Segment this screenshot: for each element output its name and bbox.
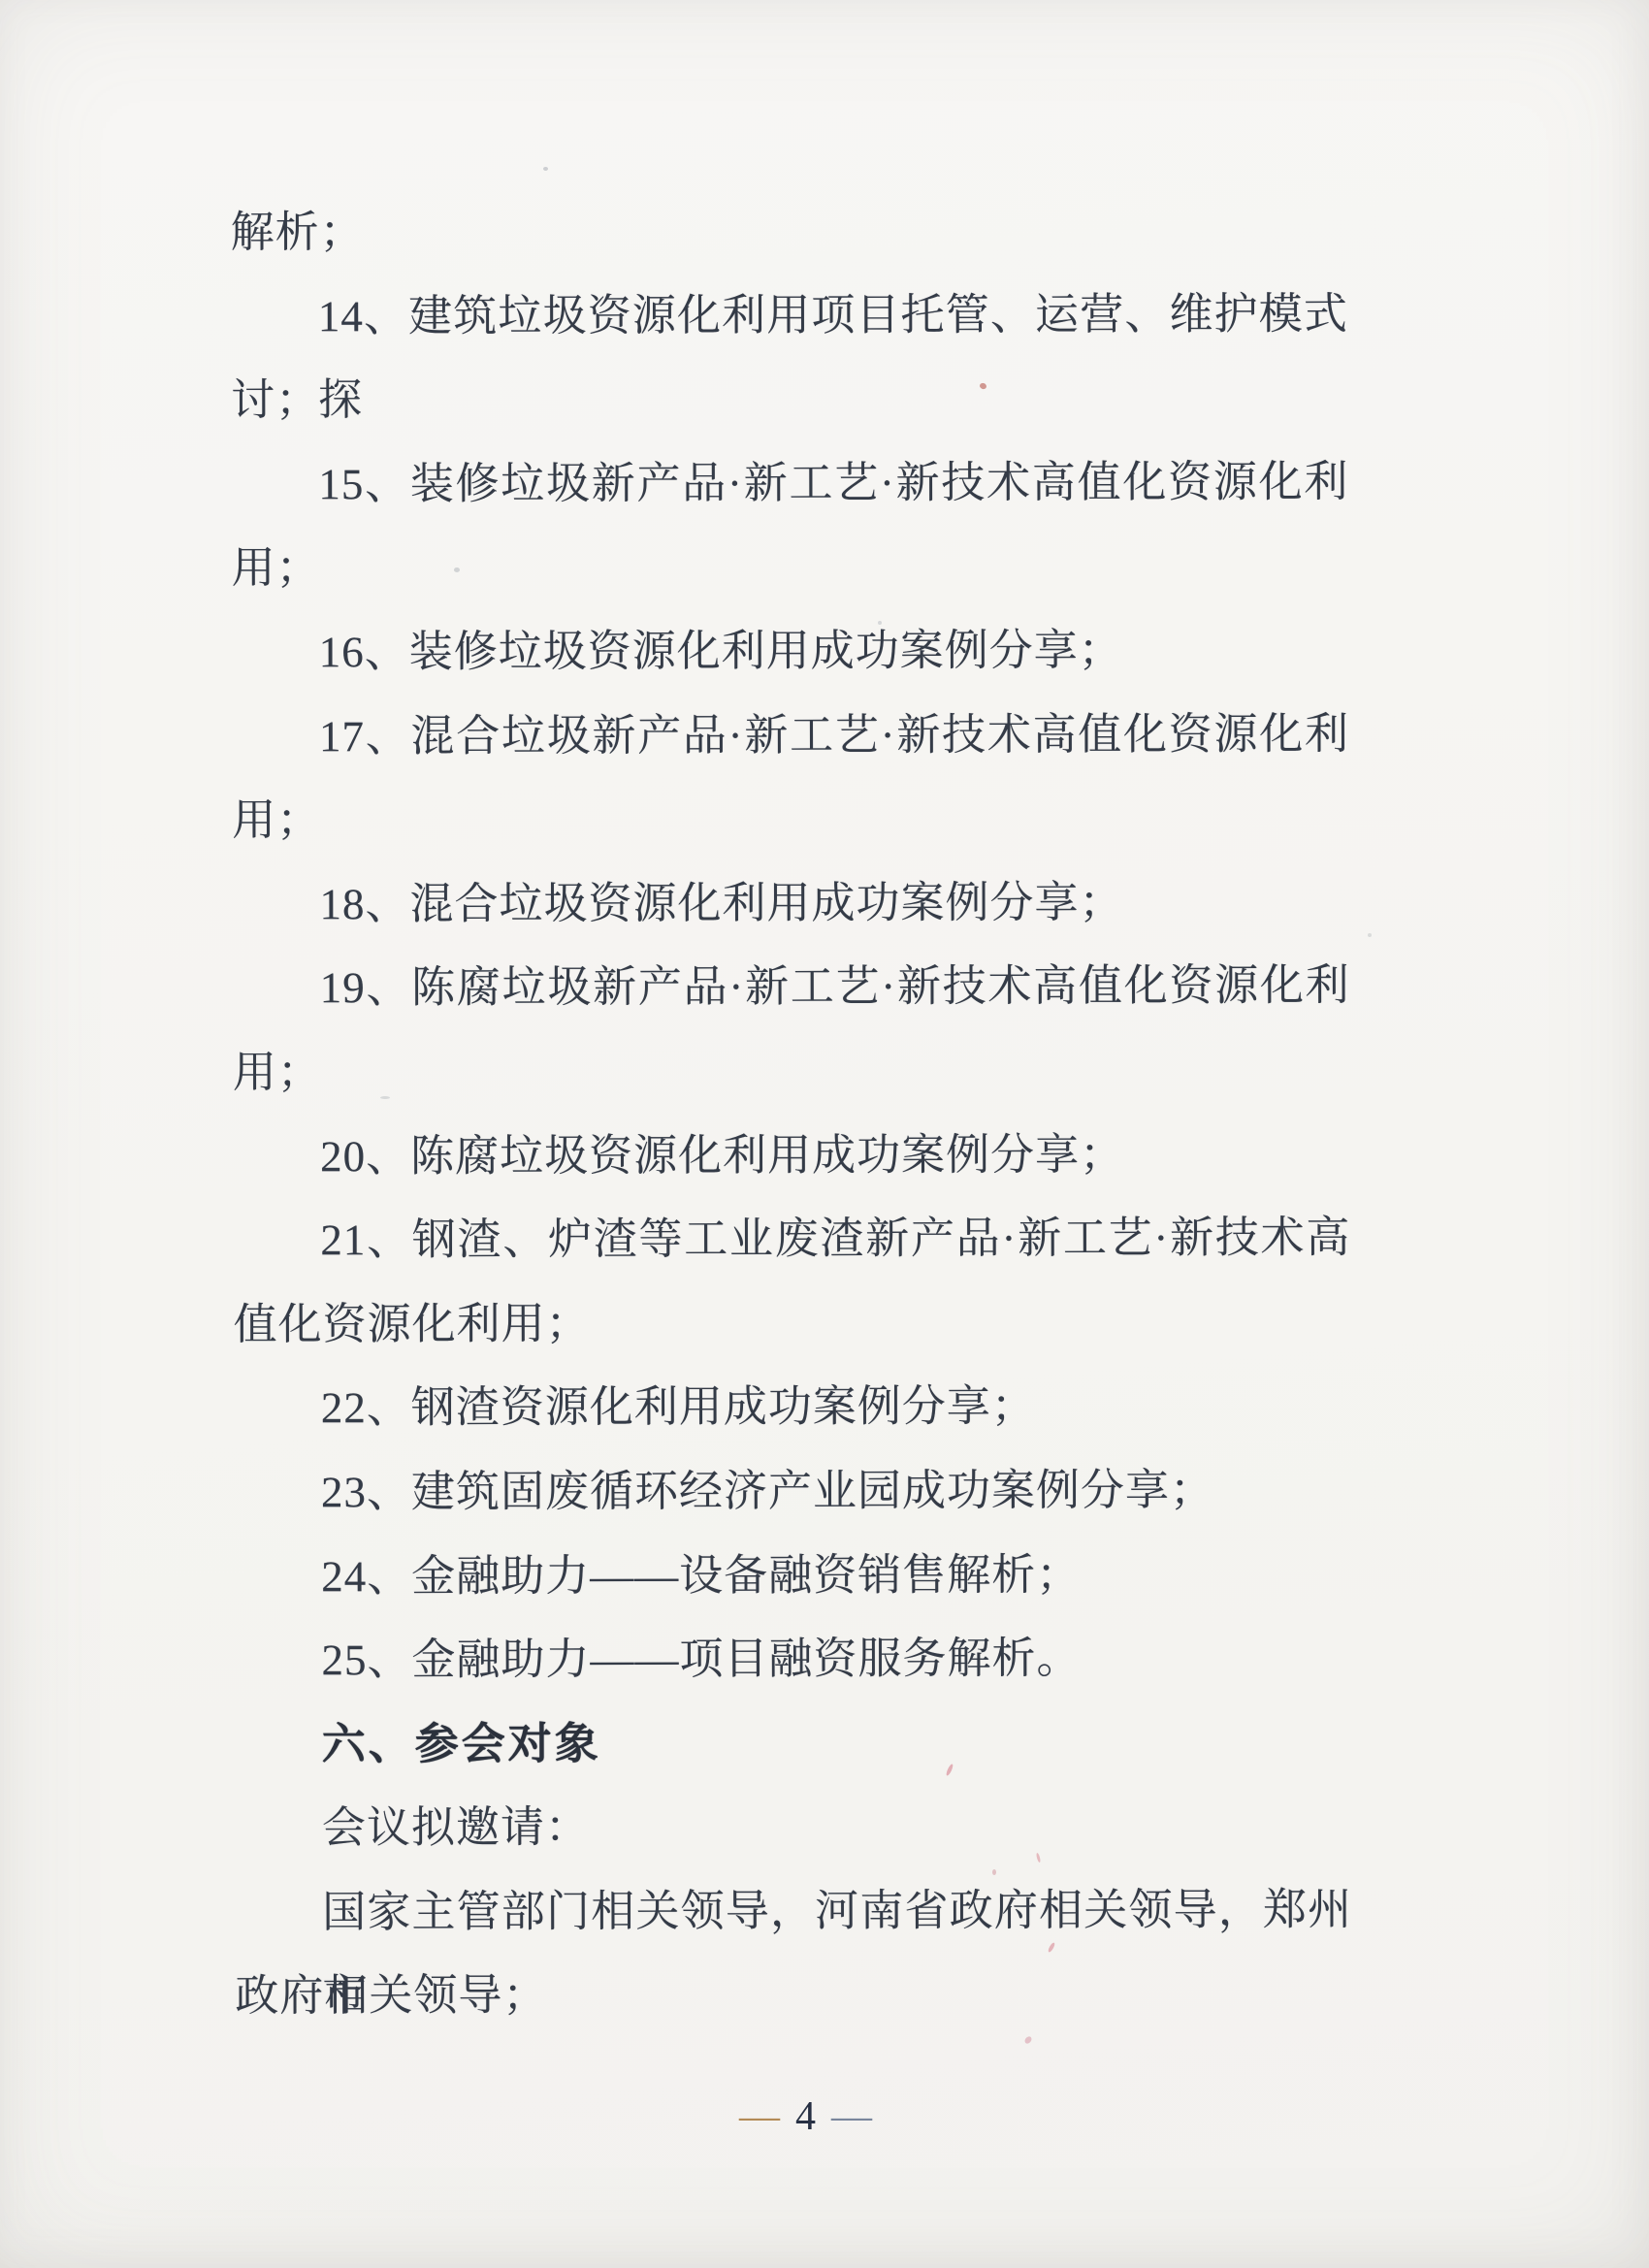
paragraph-attendees: 国家主管部门相关领导，河南省政府相关领导，郑州市 xyxy=(235,1867,1352,1955)
continuation-line: 解析； xyxy=(231,187,1348,275)
continuation-line: 政府相关领导； xyxy=(235,1952,1352,2039)
scan-speck xyxy=(1023,2035,1033,2045)
agenda-item-21: 21、钢渣、炉渣等工业废渣新产品·新工艺·新技术高 xyxy=(233,1196,1350,1283)
agenda-item-24: 24、金融助力——设备融资销售解析； xyxy=(234,1532,1351,1619)
scan-speck xyxy=(878,621,882,625)
document-body: 解析；14、建筑垃圾资源化利用项目托管、运营、维护模式探讨；15、装修垃圾新产品… xyxy=(231,187,1353,2038)
page-footer: — 4 — xyxy=(739,2091,872,2142)
scan-speck xyxy=(380,1096,390,1099)
agenda-item-16: 16、装修垃圾资源化利用成功案例分享； xyxy=(232,607,1349,695)
continuation-line: 用； xyxy=(233,1027,1350,1115)
agenda-item-25: 25、金融助力——项目融资服务解析。 xyxy=(234,1616,1351,1703)
scan-speck xyxy=(543,167,548,171)
footer-dash-right: — xyxy=(831,2091,872,2142)
agenda-item-22: 22、钢渣资源化利用成功案例分享； xyxy=(234,1364,1351,1451)
continuation-line: 讨； xyxy=(231,356,1348,443)
page-number: 4 xyxy=(795,2091,816,2142)
paragraph-invite: 会议拟邀请： xyxy=(235,1784,1352,1871)
continuation-line: 用； xyxy=(232,776,1349,863)
agenda-item-15: 15、装修垃圾新产品·新工艺·新技术高值化资源化利 xyxy=(231,439,1348,527)
scanned-page: 解析；14、建筑垃圾资源化利用项目托管、运营、维护模式探讨；15、装修垃圾新产品… xyxy=(0,0,1649,2268)
continuation-line: 值化资源化利用； xyxy=(233,1280,1350,1367)
scan-speck xyxy=(1368,933,1372,937)
agenda-item-19: 19、陈腐垃圾新产品·新工艺·新技术高值化资源化利 xyxy=(233,944,1350,1031)
section-heading-6: 六、参会对象 xyxy=(235,1700,1352,1787)
agenda-item-20: 20、陈腐垃圾资源化利用成功案例分享； xyxy=(233,1112,1350,1199)
footer-dash-left: — xyxy=(739,2091,780,2142)
agenda-item-23: 23、建筑固废循环经济产业园成功案例分享； xyxy=(234,1447,1351,1535)
continuation-line: 用； xyxy=(231,524,1348,611)
agenda-item-17: 17、混合垃圾新产品·新工艺·新技术高值化资源化利 xyxy=(232,692,1349,779)
scan-speck xyxy=(454,567,460,572)
agenda-item-18: 18、混合垃圾资源化利用成功案例分享； xyxy=(232,859,1349,947)
agenda-item-14: 14、建筑垃圾资源化利用项目托管、运营、维护模式探 xyxy=(231,272,1348,359)
scan-speck xyxy=(992,1869,996,1875)
